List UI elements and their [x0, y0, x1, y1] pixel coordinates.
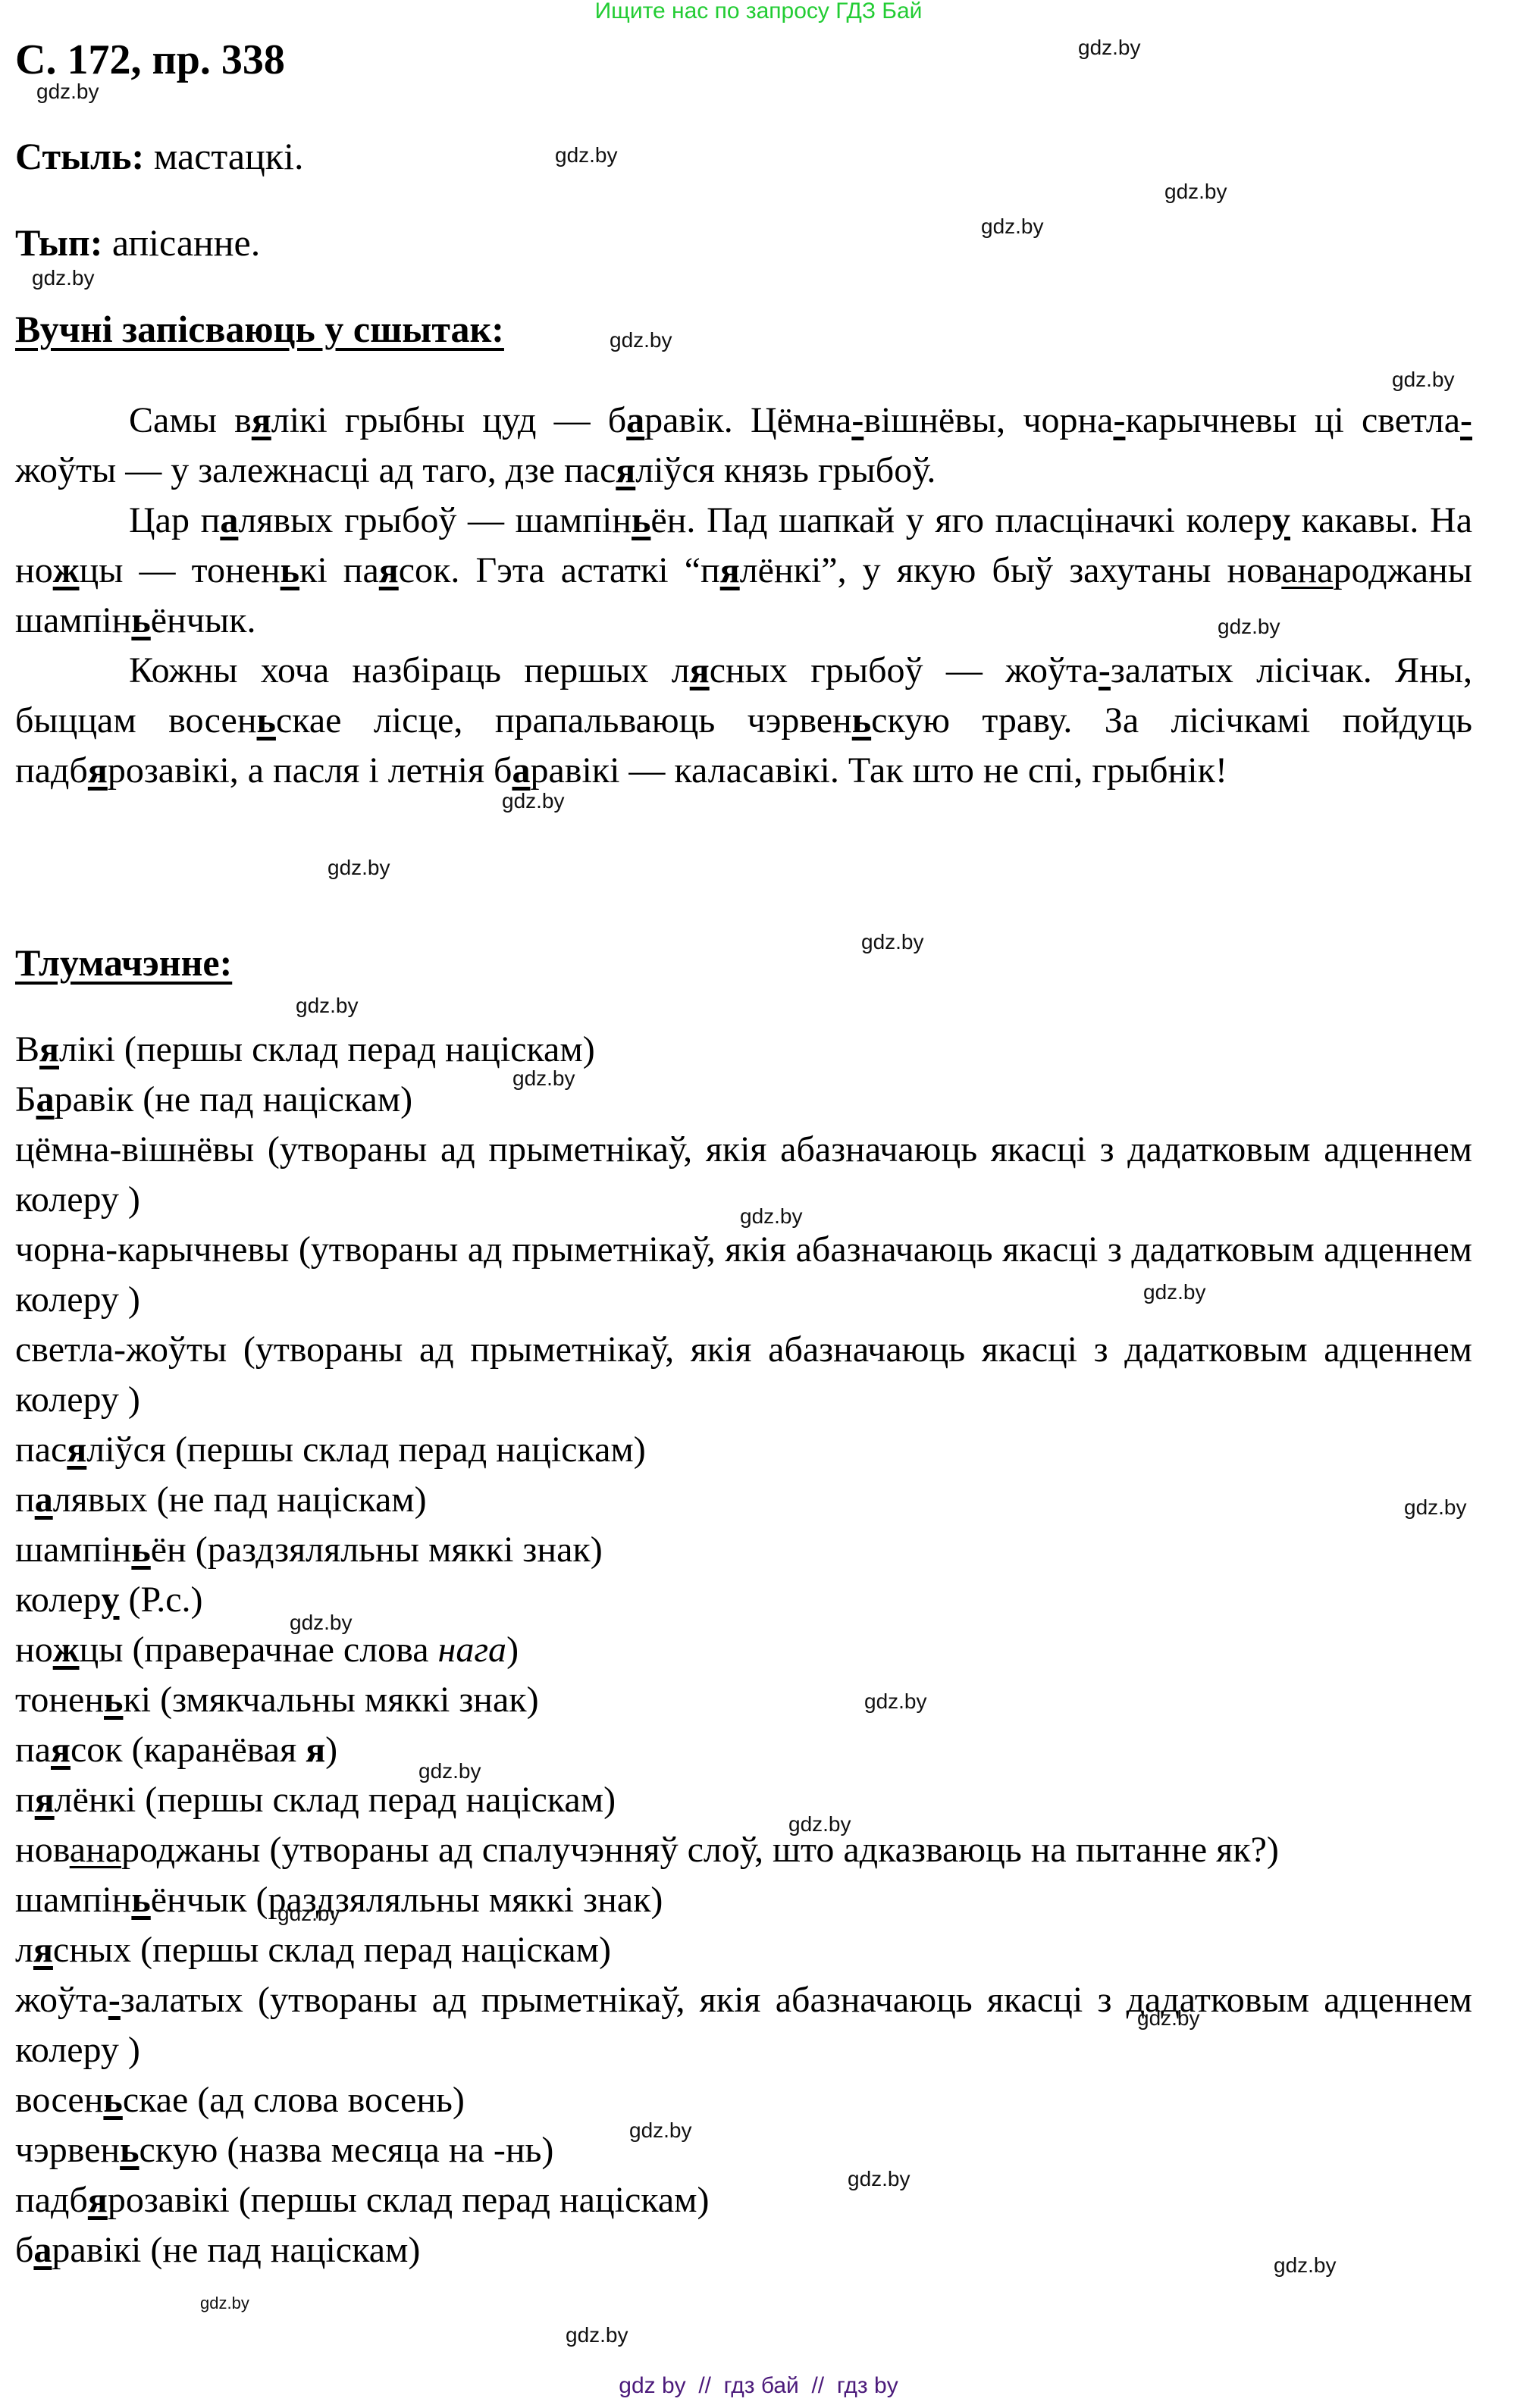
explanation-item: Вялікі (першы склад перад націскам) — [15, 1025, 1472, 1075]
explanation-item: чорна-карычневы (утвораны ад прыметнікаў… — [15, 1225, 1472, 1325]
highlighted-letter: а — [626, 400, 644, 440]
text-run: шампін — [15, 1530, 131, 1570]
text-run: па — [15, 1730, 51, 1770]
text-run: сных (першы склад перад націскам) — [53, 1930, 611, 1970]
highlighted-letter: - — [1113, 400, 1125, 440]
text-run: лёнкі (першы склад перад націскам) — [55, 1780, 616, 1820]
highlighted-letter: ь — [131, 600, 150, 640]
top-banner: Ищите нас по запросу ГДЗ Бай — [0, 0, 1517, 23]
explanation-item: пасяліўся (першы склад перад націскам) — [15, 1425, 1472, 1475]
text-run: падб — [15, 2180, 88, 2220]
text-run: ён (раздзяляльны мяккі знак) — [151, 1530, 603, 1570]
explanation-item: ножцы (праверачнае слова нага) — [15, 1625, 1472, 1675]
watermark: gdz.by — [1143, 1281, 1206, 1304]
explanation-item: лясных (першы склад перад націскам) — [15, 1925, 1472, 1975]
text-run: жоўта — [15, 1980, 108, 2020]
watermark: gdz.by — [740, 1205, 803, 1228]
highlighted-letter: я — [33, 1930, 53, 1970]
text-run: ліўся (першы склад перад націскам) — [86, 1429, 645, 1470]
explanation-item: шампіньёнчык (раздзяляльны мяккі знак) — [15, 1875, 1472, 1925]
explanation-item: паясок (каранёвая я) — [15, 1725, 1472, 1775]
text-run: ёнчык (раздзяляльны мяккі знак) — [151, 1880, 663, 1920]
text-run: лявых грыбоў — шампін — [238, 500, 632, 540]
text-run: равікі — каласавікі. Так што не спі, гры… — [530, 750, 1227, 791]
type-label: Тып: — [15, 221, 102, 264]
highlighted-morpheme: ана — [1281, 550, 1333, 590]
text-run: п — [15, 1780, 35, 1820]
bottom-banner: gdz by // гдз бай // гдз by — [0, 2371, 1517, 2401]
highlighted-letter: я — [35, 1780, 55, 1820]
highlighted-letter: я — [720, 550, 740, 590]
type-value: апісанне. — [102, 221, 260, 264]
watermark: gdz.by — [277, 1902, 340, 1925]
text-run: Б — [15, 1079, 36, 1119]
text-run: нов — [15, 1830, 70, 1870]
watermark: gdz.by — [1164, 180, 1227, 203]
highlighted-letter: ь — [852, 700, 871, 741]
text-run: сок. Гэта астаткі “п — [399, 550, 720, 590]
watermark: gdz.by — [1392, 368, 1455, 391]
text-run: жоўты — у залежнасці ад таго, дзе пас — [15, 450, 616, 490]
watermark: gdz.by — [864, 1690, 927, 1713]
highlighted-letter: а — [33, 2230, 52, 2270]
highlighted-letter: - — [108, 1980, 121, 2020]
highlighted-letter: я — [690, 650, 710, 690]
text-run: равік. Цёмна — [644, 400, 851, 440]
text-run: ) — [325, 1730, 337, 1770]
watermark: gdz.by — [848, 2168, 911, 2190]
text-run: розавікі, а пасля і летнія б — [108, 750, 512, 791]
watermark: gdz.by — [290, 1611, 353, 1634]
watermark: gdz.by — [200, 2292, 249, 2315]
highlighted-letter: я — [51, 1730, 71, 1770]
highlighted-letter: ж — [53, 1630, 80, 1670]
text-run: тонен — [15, 1680, 104, 1720]
text-run: чэрвен — [15, 2130, 120, 2170]
highlighted-letter: у — [1272, 500, 1290, 540]
text-run: скае (ад слова восень) — [123, 2080, 465, 2120]
highlighted-letter: я — [88, 750, 108, 791]
watermark: gdz.by — [1404, 1496, 1467, 1519]
highlighted-letter: - — [1099, 650, 1111, 690]
style-line: Стыль: мастацкі. — [15, 133, 303, 179]
explanation-item: восеньскае (ад слова восень) — [15, 2075, 1472, 2125]
text-run: В — [15, 1029, 39, 1069]
explanation-item: жоўта-залатых (утвораны ад прыметнікаў, … — [15, 1975, 1472, 2075]
highlighted-letter: ь — [281, 550, 299, 590]
style-value: мастацкі. — [144, 135, 303, 177]
text-run: пас — [15, 1429, 67, 1470]
explanation-item: баравікі (не пад націскам) — [15, 2225, 1472, 2275]
watermark: gdz.by — [629, 2119, 692, 2142]
text-run: светла-жоўты (утвораны ад прыметнікаў, я… — [15, 1329, 1472, 1420]
highlighted-letter: ь — [103, 2080, 122, 2120]
text-run: кі (змякчальны мяккі знак) — [123, 1680, 538, 1720]
highlighted-letter: ь — [120, 2130, 139, 2170]
text-run: (Р.с.) — [120, 1580, 203, 1620]
paragraph: Самы вялікі грыбны цуд — баравік. Цёмна-… — [15, 396, 1472, 496]
highlighted-letter: ь — [257, 700, 276, 741]
text-run: сных грыбоў — жоўта — [710, 650, 1099, 690]
watermark: gdz.by — [555, 144, 618, 167]
watermark: gdz.by — [1137, 2007, 1200, 2030]
page-title: С. 172, пр. 338 — [15, 35, 285, 85]
highlighted-letter: а — [36, 1079, 55, 1119]
text-run: б — [15, 2230, 33, 2270]
text-run: ёнчык. — [151, 600, 256, 640]
text-run: лявых (не пад націскам) — [53, 1480, 427, 1520]
text-run: равік (не пад націскам) — [55, 1079, 413, 1119]
highlighted-letter: - — [1460, 400, 1472, 440]
explanation-item: тоненькі (змякчальны мяккі знак) — [15, 1675, 1472, 1725]
watermark: gdz.by — [502, 790, 565, 813]
explanation-item: чэрвеньскую (назва месяца на -нь) — [15, 2125, 1472, 2175]
paragraph: Кожны хоча назбіраць першых лясных грыбо… — [15, 646, 1472, 796]
type-line: Тып: апісанне. — [15, 220, 260, 265]
highlighted-letter: а — [220, 500, 238, 540]
explanation-item: палявых (не пад націскам) — [15, 1475, 1472, 1525]
highlighted-letter: ь — [131, 1880, 150, 1920]
text-run: восен — [15, 2080, 103, 2120]
highlighted-letter: ь — [104, 1680, 123, 1720]
text-run: роджаны (утвораны ад спалучэнняў слоў, ш… — [121, 1830, 1279, 1870]
highlighted-letter: я — [39, 1029, 59, 1069]
text-run: ён. Пад шапкай у яго пласцiначкі колер — [650, 500, 1272, 540]
text-run: л — [15, 1930, 33, 1970]
highlighted-letter: ь — [632, 500, 650, 540]
text-run: шампін — [15, 1880, 131, 1920]
highlighted-letter: - — [851, 400, 863, 440]
explanation-item: Баравік (не пад націскам) — [15, 1075, 1472, 1125]
watermark: gdz.by — [418, 1760, 481, 1783]
watermark: gdz.by — [36, 80, 99, 103]
highlighted-letter: а — [35, 1480, 53, 1520]
watermark: gdz.by — [512, 1067, 575, 1090]
highlighted-letter: ж — [53, 550, 80, 590]
text-run: Самы в — [129, 400, 252, 440]
watermark: gdz.by — [861, 931, 924, 953]
watermark: gdz.by — [1274, 2254, 1337, 2277]
highlighted-letter: я — [616, 450, 635, 490]
explanation-item: светла-жоўты (утвораны ад прыметнікаў, я… — [15, 1325, 1472, 1425]
text-run: лікі грыбны цуд — б — [271, 400, 626, 440]
text-run: но — [15, 1630, 53, 1670]
watermark: gdz.by — [788, 1813, 851, 1836]
highlighted-letter: а — [512, 750, 530, 791]
text-run: лікі (першы склад перад націскам) — [59, 1029, 595, 1069]
text-run: розавікі (першы склад перад націскам) — [108, 2180, 710, 2220]
text-run: залатых (утвораны ад прыметнікаў, якія а… — [15, 1980, 1472, 2070]
text-run: карычневы ці светла — [1125, 400, 1460, 440]
text-run: Кожны хоча назбіраць першых л — [129, 650, 690, 690]
watermark: gdz.by — [610, 329, 672, 352]
highlighted-letter: я — [88, 2180, 108, 2220]
watermark: gdz.by — [32, 267, 95, 290]
watermark: gdz.by — [296, 994, 359, 1017]
explanation-item: колеру (Р.с.) — [15, 1575, 1472, 1625]
text-run: ) — [506, 1630, 519, 1670]
bold-letter: я — [306, 1730, 325, 1770]
text-run: Цар п — [129, 500, 220, 540]
italic-word: нага — [438, 1630, 507, 1670]
text-run: чорна-карычневы (утвораны ад прыметнікаў… — [15, 1229, 1472, 1320]
watermark: gdz.by — [1218, 615, 1280, 638]
copy-heading: Вучні запісваюць у сшытак: — [15, 306, 504, 352]
text-run: цы — тонен — [80, 550, 281, 590]
watermark: gdz.by — [328, 856, 390, 879]
text-run: скае лісце, прапальваюць чэрвен — [276, 700, 852, 741]
explanation-item: пялёнкі (першы склад перад націскам) — [15, 1775, 1472, 1825]
text-run: скую (назва месяца на -нь) — [139, 2130, 554, 2170]
text-run: п — [15, 1480, 35, 1520]
highlighted-morpheme: ана — [70, 1830, 121, 1870]
text-run: лёнкі”, у якую быў захутаны нов — [740, 550, 1282, 590]
explanation-item: нованароджаны (утвораны ад спалучэнняў с… — [15, 1825, 1472, 1875]
text-run: цы (праверачнае слова — [80, 1630, 438, 1670]
text-run: кі па — [299, 550, 379, 590]
highlighted-letter: я — [67, 1429, 86, 1470]
text-run: колер — [15, 1580, 102, 1620]
watermark: gdz.by — [981, 215, 1044, 238]
watermark: gdz.by — [566, 2324, 628, 2347]
explanation-item: шампіньён (раздзяляльны мяккі знак) — [15, 1525, 1472, 1575]
highlighted-letter: ь — [131, 1530, 150, 1570]
explanation-heading: Тлумачэнне: — [15, 940, 232, 985]
text-run: ліўся князь грыбоў. — [635, 450, 936, 490]
text-run: равікі (не пад націскам) — [52, 2230, 420, 2270]
highlighted-letter: я — [379, 550, 399, 590]
highlighted-letter: у — [102, 1580, 120, 1620]
text-run: вішнёвы, чорна — [863, 400, 1113, 440]
text-run: сок (каранёвая — [71, 1730, 306, 1770]
copy-text: Самы вялікі грыбны цуд — баравік. Цёмна-… — [15, 396, 1472, 796]
highlighted-letter: я — [252, 400, 271, 440]
watermark: gdz.by — [1078, 36, 1141, 59]
style-label: Стыль: — [15, 135, 144, 177]
explanation-item: падбярозавікі (першы склад перад націска… — [15, 2175, 1472, 2225]
